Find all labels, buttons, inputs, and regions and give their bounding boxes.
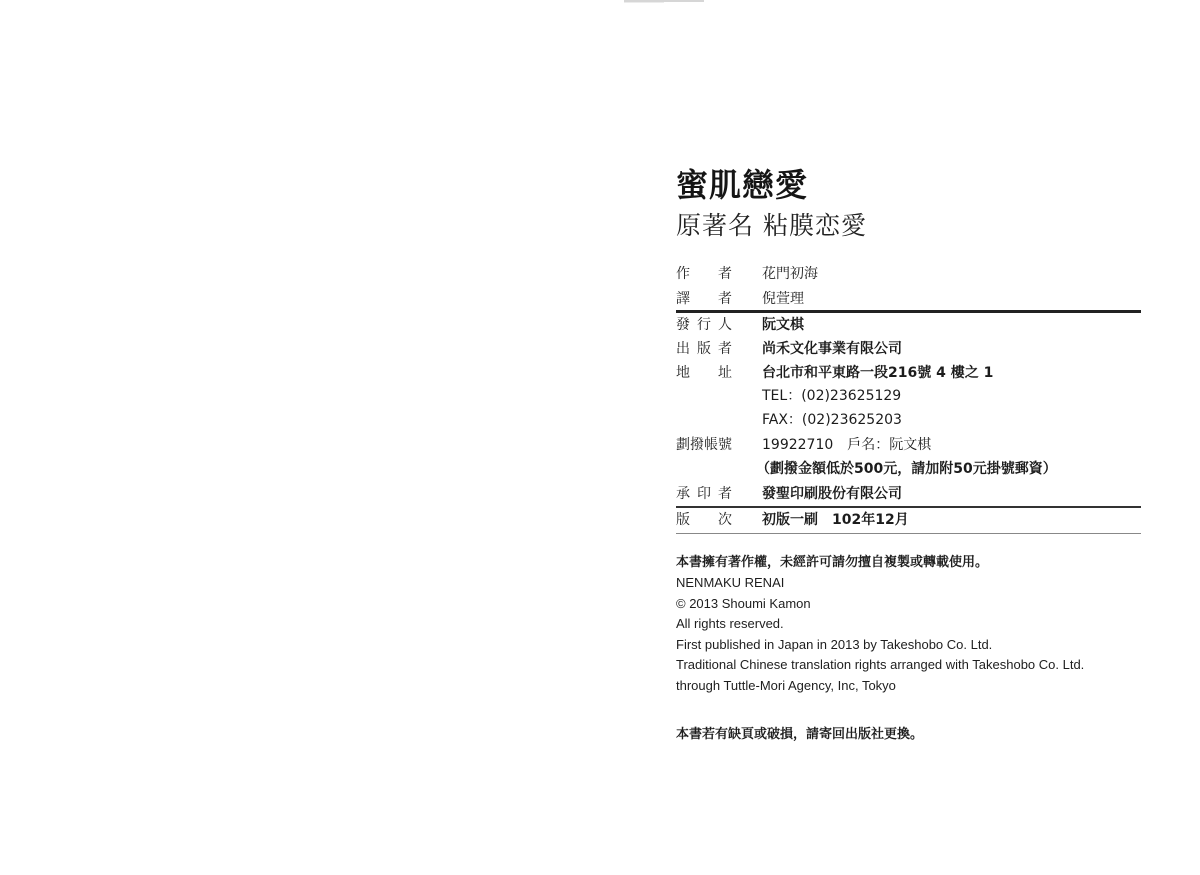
credit-value-printer: 發聖印刷股份有限公司 bbox=[762, 483, 902, 503]
credit-value-translator: 倪萱理 bbox=[762, 288, 804, 308]
label-char: 地 bbox=[676, 362, 690, 382]
label-char: 人 bbox=[718, 314, 732, 334]
credit-label: 承 印 者 bbox=[676, 483, 732, 503]
english-line-copyright: © 2013 Shoumi Kamon bbox=[676, 596, 811, 611]
postal-note: （劃撥金額低於500元，請加附50元掛號郵資） bbox=[756, 458, 1057, 478]
scan-edge-mark bbox=[624, 2, 664, 3]
fax-number: FAX：(02)23625203 bbox=[762, 409, 902, 429]
credit-row-issuer: 發 行 人 阮文棋 bbox=[676, 313, 732, 335]
english-line-first-published: First published in Japan in 2013 by Take… bbox=[676, 637, 992, 652]
original-title: 原著名 粘膜恋愛 bbox=[676, 206, 867, 242]
credit-row-address: 地 址 台北市和平東路一段216號 4 樓之 1 bbox=[676, 361, 732, 383]
label-char: 址 bbox=[718, 362, 732, 382]
label-char: 譯 bbox=[676, 288, 690, 308]
credit-label: 地 址 bbox=[676, 362, 732, 382]
credit-label: 作 者 bbox=[676, 263, 732, 283]
divider-rule bbox=[676, 310, 1141, 313]
label-char: 者 bbox=[718, 483, 732, 503]
label-char: 行 bbox=[697, 314, 711, 334]
postal-account-value: 19922710 戶名：阮文棋 bbox=[762, 434, 931, 454]
label-char: 次 bbox=[718, 509, 732, 529]
credit-label: 譯 者 bbox=[676, 288, 732, 308]
credit-label: 版 次 bbox=[676, 509, 732, 529]
credit-row-author: 作 者 花門初海 bbox=[676, 262, 732, 284]
credit-row-edition: 版 次 初版一刷 102年12月 bbox=[676, 508, 732, 530]
divider-rule bbox=[676, 506, 1141, 508]
book-title: 蜜肌戀愛 bbox=[676, 160, 808, 206]
divider-rule bbox=[676, 533, 1141, 534]
credit-row-printer: 承 印 者 發聖印刷股份有限公司 bbox=[676, 482, 732, 504]
english-line-agency: through Tuttle-Mori Agency, Inc, Tokyo bbox=[676, 678, 896, 693]
credit-row-publisher: 出 版 者 尚禾文化事業有限公司 bbox=[676, 337, 732, 359]
credit-value-author: 花門初海 bbox=[762, 263, 818, 283]
english-line-rights: All rights reserved. bbox=[676, 616, 784, 631]
label-char: 版 bbox=[676, 509, 690, 529]
credit-label: 發 行 人 bbox=[676, 314, 732, 334]
label-char: 者 bbox=[718, 338, 732, 358]
credit-row-postal-account: 劃撥帳號 19922710 戶名：阮文棋 bbox=[676, 433, 762, 455]
label-char: 版 bbox=[697, 338, 711, 358]
credit-value-issuer: 阮文棋 bbox=[762, 314, 804, 334]
english-line-translation-rights: Traditional Chinese translation rights a… bbox=[676, 657, 1084, 672]
tel-number: TEL：(02)23625129 bbox=[762, 385, 901, 405]
label-char: 作 bbox=[676, 263, 690, 283]
credit-row-translator: 譯 者 倪萱理 bbox=[676, 287, 732, 309]
credit-label: 劃撥帳號 bbox=[676, 434, 762, 454]
credit-label: 出 版 者 bbox=[676, 338, 732, 358]
english-line-original-title: NENMAKU RENAI bbox=[676, 575, 784, 590]
credit-value-address: 台北市和平東路一段216號 4 樓之 1 bbox=[762, 362, 993, 382]
copyright-notice: 本書擁有著作權，未經許可請勿擅自複製或轉載使用。 bbox=[676, 551, 988, 570]
label-char: 者 bbox=[718, 288, 732, 308]
credit-value-edition: 初版一刷 102年12月 bbox=[762, 509, 909, 529]
label-char: 出 bbox=[676, 338, 690, 358]
label-char: 印 bbox=[697, 483, 711, 503]
label-char: 者 bbox=[718, 263, 732, 283]
label-char: 發 bbox=[676, 314, 690, 334]
credit-value-publisher: 尚禾文化事業有限公司 bbox=[762, 338, 902, 358]
defect-notice: 本書若有缺頁或破損，請寄回出版社更換。 bbox=[676, 723, 923, 742]
label-char: 承 bbox=[676, 483, 690, 503]
